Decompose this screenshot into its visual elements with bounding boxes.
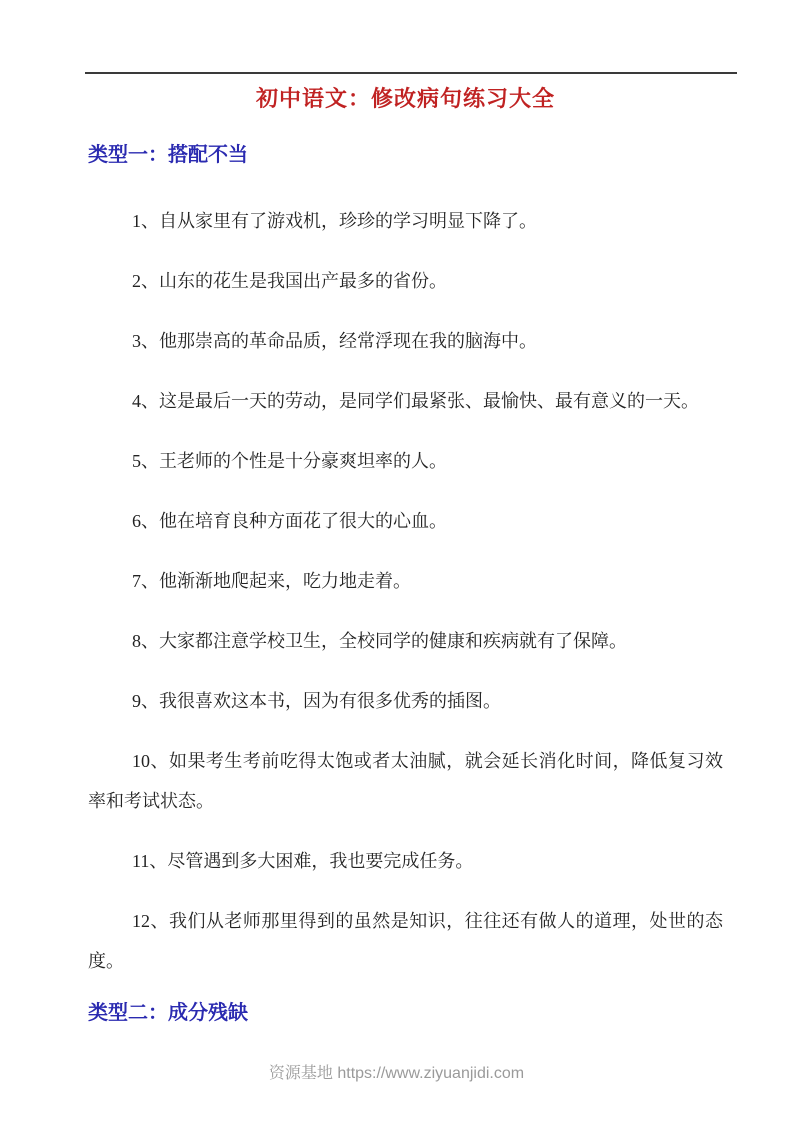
document-content: 初中语文：修改病句练习大全 类型一：搭配不当 1、自从家里有了游戏机，珍珍的学习… xyxy=(88,72,723,1025)
exercise-item-12: 12、我们从老师那里得到的虽然是知识，往往还有做人的道理，处世的态度。 xyxy=(88,901,723,981)
page-footer-watermark: 资源基地 https://www.ziyuanjidi.com xyxy=(0,1064,793,1084)
exercise-item-10: 10、如果考生考前吃得太饱或者太油腻，就会延长消化时间，降低复习效率和考试状态。 xyxy=(88,741,723,821)
exercise-item-11: 11、尽管遇到多大困难，我也要完成任务。 xyxy=(88,841,723,881)
exercise-item-4: 4、这是最后一天的劳动，是同学们最紧张、最愉快、最有意义的一天。 xyxy=(88,381,723,421)
exercise-item-3: 3、他那崇高的革命品质，经常浮现在我的脑海中。 xyxy=(88,321,723,361)
exercise-item-5: 5、王老师的个性是十分豪爽坦率的人。 xyxy=(88,441,723,481)
section-heading-2: 类型二：成分残缺 xyxy=(88,1001,723,1025)
exercise-item-6: 6、他在培育良种方面花了很大的心血。 xyxy=(88,501,723,541)
exercise-item-7: 7、他渐渐地爬起来，吃力地走着。 xyxy=(88,561,723,601)
exercise-item-2: 2、山东的花生是我国出产最多的省份。 xyxy=(88,261,723,301)
exercise-list: 1、自从家里有了游戏机，珍珍的学习明显下降了。 2、山东的花生是我国出产最多的省… xyxy=(88,201,723,981)
exercise-item-1: 1、自从家里有了游戏机，珍珍的学习明显下降了。 xyxy=(88,201,723,241)
exercise-item-9: 9、我很喜欢这本书，因为有很多优秀的插图。 xyxy=(88,681,723,721)
document-page: 初中语文：修改病句练习大全 类型一：搭配不当 1、自从家里有了游戏机，珍珍的学习… xyxy=(0,0,793,1122)
header-rule xyxy=(85,72,737,74)
exercise-item-8: 8、大家都注意学校卫生，全校同学的健康和疾病就有了保障。 xyxy=(88,621,723,661)
document-title: 初中语文：修改病句练习大全 xyxy=(88,86,723,112)
section-heading-1: 类型一：搭配不当 xyxy=(88,143,723,167)
